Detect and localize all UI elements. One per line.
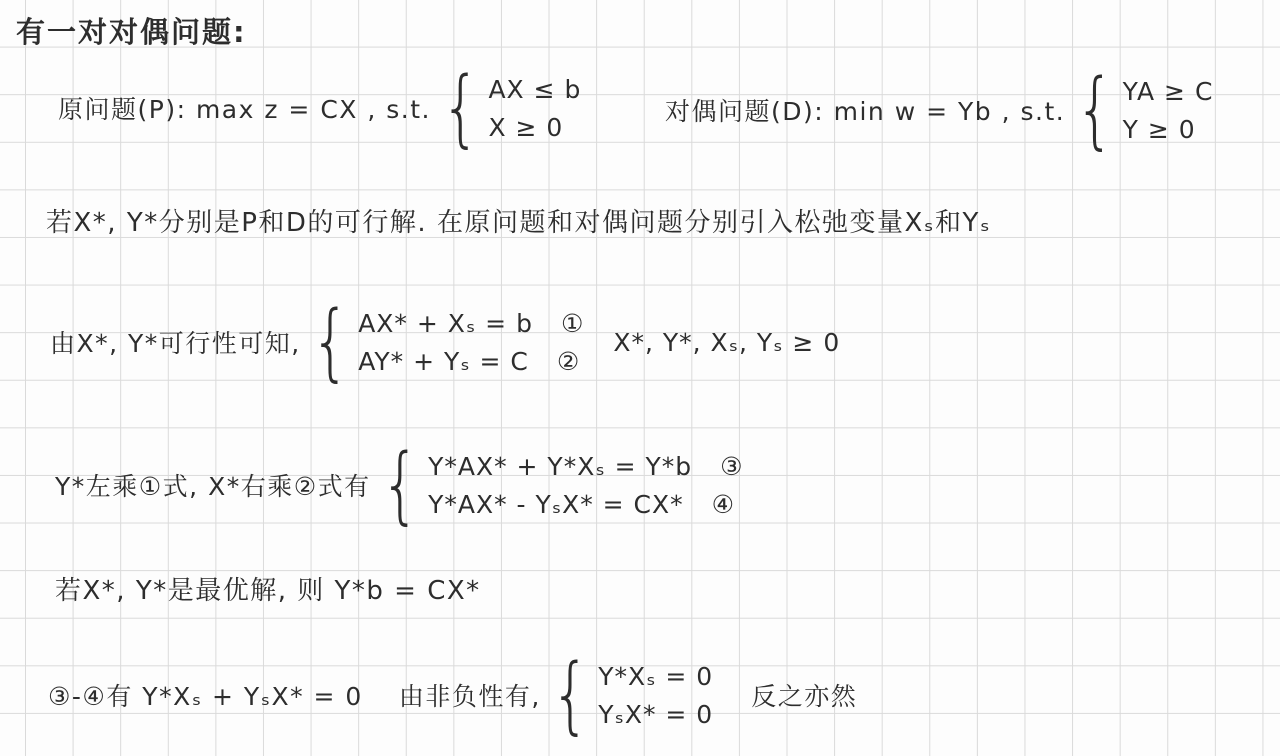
page-title: 有一对对偶问题: xyxy=(16,10,247,51)
slackness-equation-1: Y*Xₛ = 0 xyxy=(598,662,713,691)
derivation-2: Y*左乘①式, X*右乘②式有 { Y*AX* + Y*Xₛ = Y*b ③ Y… xyxy=(55,430,743,540)
equation-2-tag: ② xyxy=(557,347,579,376)
equation-3-tag: ③ xyxy=(720,452,742,481)
equation-row: Y*AX* - YₛX* = CX* ④ xyxy=(428,490,742,519)
primal-constraint-1: AX ≤ b xyxy=(488,75,581,104)
derivation-1-brace: { xyxy=(311,300,350,384)
slackness-equation-2: YₛX* = 0 xyxy=(598,700,713,729)
derivation-2-equations: Y*AX* + Y*Xₛ = Y*b ③ Y*AX* - YₛX* = CX* … xyxy=(428,452,742,519)
conclusion-mid: 由非负性有, xyxy=(399,677,541,713)
derivation-2-brace: { xyxy=(381,443,420,527)
feasibility-line: 若X*, Y*分别是P和D的可行解. 在原问题和对偶问题分别引入松弛变量Xₛ和Y… xyxy=(46,202,991,239)
equation-3: Y*AX* + Y*Xₛ = Y*b xyxy=(428,452,692,481)
conclusion-left: ③-④有 Y*Xₛ + YₛX* = 0 xyxy=(48,677,363,713)
dual-brace: { xyxy=(1075,68,1114,152)
primal-brace: { xyxy=(441,66,480,150)
primal-problem: 原问题(P): max z = CX , s.t. { AX ≤ b X ≥ 0 xyxy=(58,60,581,156)
dual-problem: 对偶问题(D): min w = Yb , s.t. { YA ≥ C Y ≥ … xyxy=(665,62,1213,158)
equation-1: AX* + Xₛ = b xyxy=(358,309,533,338)
dual-constraint-2: Y ≥ 0 xyxy=(1123,115,1214,144)
conclusion: ③-④有 Y*Xₛ + YₛX* = 0 由非负性有, { Y*Xₛ = 0 Y… xyxy=(48,645,857,745)
primal-label: 原问题(P): max z = CX , s.t. xyxy=(58,90,431,126)
derivation-2-label: Y*左乘①式, X*右乘②式有 xyxy=(55,467,371,503)
equation-row: AY* + Yₛ = C ② xyxy=(358,347,583,376)
equation-1-tag: ① xyxy=(561,309,583,338)
conclusion-right: 反之亦然 xyxy=(751,677,857,713)
conclusion-equations: Y*Xₛ = 0 YₛX* = 0 xyxy=(598,662,713,729)
dual-label: 对偶问题(D): min w = Yb , s.t. xyxy=(665,92,1065,128)
equation-row: AX* + Xₛ = b ① xyxy=(358,309,583,338)
primal-constraint-2: X ≥ 0 xyxy=(488,113,581,142)
derivation-1: 由X*, Y*可行性可知, { AX* + Xₛ = b ① AY* + Yₛ … xyxy=(50,292,840,392)
nonnegativity-note: X*, Y*, Xₛ, Yₛ ≥ 0 xyxy=(613,328,840,357)
derivation-1-equations: AX* + Xₛ = b ① AY* + Yₛ = C ② xyxy=(358,309,583,376)
equation-2: AY* + Yₛ = C xyxy=(358,347,529,376)
primal-constraints: AX ≤ b X ≥ 0 xyxy=(488,75,581,142)
equation-row: Y*AX* + Y*Xₛ = Y*b ③ xyxy=(428,452,742,481)
optimality-line: 若X*, Y*是最优解, 则 Y*b = CX* xyxy=(55,570,481,607)
equation-4: Y*AX* - YₛX* = CX* xyxy=(428,490,684,519)
dual-constraint-1: YA ≥ C xyxy=(1123,77,1214,106)
dual-constraints: YA ≥ C Y ≥ 0 xyxy=(1123,77,1214,144)
grid-paper: 有一对对偶问题: 原问题(P): max z = CX , s.t. { AX … xyxy=(0,0,1280,756)
equation-4-tag: ④ xyxy=(712,490,734,519)
conclusion-brace: { xyxy=(551,653,590,737)
derivation-1-label: 由X*, Y*可行性可知, xyxy=(50,324,301,360)
